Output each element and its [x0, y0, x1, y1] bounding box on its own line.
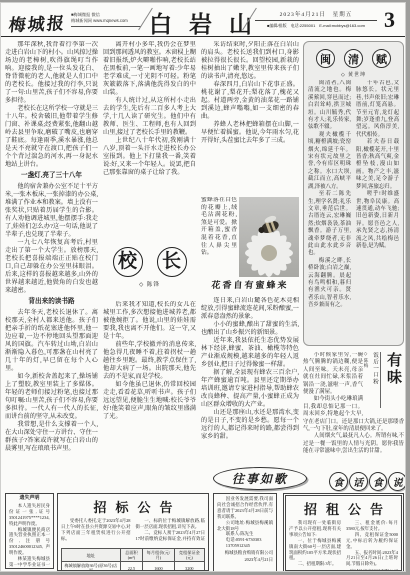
rental-title: 招租公告: [289, 499, 398, 518]
paragraph: 那年深秋,我背着行李第一次走进白岩山下的村小。山风掠过操场边的老樟树,吹得旗绳叮…: [5, 41, 98, 105]
subheading: 一盏灯,亮了三十八年: [5, 172, 98, 180]
column-text: 那年深秋,我背着行李第一次走进白岩山下的村小。山风掠过操场边的老樟树,吹得旗绳叮…: [5, 41, 98, 169]
logo-subline-2: 梅城新闻网 www.mqnews.com: [71, 18, 141, 24]
food-essay-author: ◇ 陈梅: [363, 352, 369, 414]
paragraph: 嗟乎!时维盛世,物阜民康。高速贯通,动车飞驰;旧邑新姿,日新月异。愿吾邑之人,承…: [356, 191, 399, 250]
logo-subtext: ■梅城微报 微信 梅城新闻网 www.mqnews.com: [71, 12, 141, 27]
column-text: 离开村小多年,我仍会在梦里回到那间透风的教室。木窗棂上糊着旧报纸,炉火噼啪作响,…: [103, 41, 196, 235]
ode-title-circles: 闽清赋: [308, 49, 399, 68]
paragraph: 至若二陈先生,理学名贤;礼乐文章,垂范后世。古厝连云,宏琳巍然;炊烟袅袅,茶油飘…: [308, 191, 351, 258]
newspaper-logo: 梅城报: [8, 9, 68, 36]
editor-contact-line: ■编辑/排版 电话:2255001 E-mail:mcbbys@163.com: [253, 23, 379, 29]
food-essay: 有味 饭后一口粉 ◇ 陈梅 小时候家里穷,一碗热气腾腾的锅边糊,便是人间至味。天…: [303, 352, 404, 489]
rental-body: 我司现有一处临街房产予以公开招租,现将有关事项公告如下:一、位于梅城县梅溪镇南大…: [289, 520, 398, 568]
paragraph: 近年来,我县依托生态优势发展林下经济,蜂蜜、茶油、橄榄等特色产业渐成规模,越来越…: [201, 337, 299, 369]
paragraph: 本人遗失居民身份证一张,证号3501241975****1234,特此声明作废。: [9, 503, 50, 527]
paragraph: 据了解,全县现有蜂农三百余户,年产蜂蜜逾百吨。县里还定期举办培训班,邀请专家进村…: [201, 369, 299, 409]
table-header-cell: 地址: [62, 549, 121, 562]
table-cell: 1600: [143, 562, 174, 572]
column-text: 去年冬天,老校长退休了。离校那天,全村人都来送他。孩子们把亲手折的纸花塞进他怀里…: [5, 309, 98, 453]
paragraph: 一九七八年恢复高考后,村里走出了第一个大学生。放榜那天,老校长把喜报端端正正贴在…: [5, 239, 98, 295]
essay-title-principal: 校长 ◇ 陈锋: [103, 235, 196, 301]
rental-announcement-box: 招租公告 我司现有一处临街房产予以公开招租,现将有关事项公告如下:一、位于梅城县…: [283, 493, 404, 572]
bee-on-flower-photo: [239, 197, 299, 277]
paragraph: 若夫春日载阳,橄榄花开,十里皆香;秋高气爽,金橙坠枝,漫山如画。物产之丰,滋味之…: [356, 139, 399, 191]
paragraph: 连日来,白岩山麓各色花木竞相绽放,引得蜜蜂流连花间,采粉酿蜜,一派春意盎然的景象…: [201, 297, 299, 321]
paragraph: 我常想,是什么支撑着一个人,在大山深处守住一方讲台、守住一群孩子?答案或许就写在…: [5, 421, 98, 453]
table-cell: 梅城镇解放路36号(原36号)店面: [62, 562, 121, 572]
paragraph: 受委托人委托,定于2023年4月28日上午9时在县公共资源交易中心,对下列店面三…: [61, 518, 131, 542]
table-header-cell: 每月租价(元/月): [143, 549, 174, 562]
table-header-cell: 总面积(m²): [120, 549, 143, 562]
date-block: 2023年4月21日 星期五 ■编辑/排版 电话:2255001 E-mail:…: [253, 10, 379, 29]
notice-text: 本人遗失居民身份证一张,证号3501241975****1234,特此声明作废。…: [9, 503, 50, 569]
supplement-title: 白岩山: [149, 6, 269, 39]
paragraph: 前些年,学校撤并的消息传来,他急得几夜睡不着,拄着拐杖一趟趟往乡里跑。最终,教学…: [103, 341, 196, 381]
tender-announcement-box: 招标公告 受委托人委托,定于2023年4月28日上午9时在县公共资源交易中心,对…: [57, 493, 209, 571]
title-character: 赋: [372, 49, 391, 68]
column-text: 采访结束时,夕阳正落在白岩山的肩头。老校长送我们到村口,身影被拉得很长很长。回望…: [201, 41, 299, 197]
paragraph: 有人统计过,从这所村小走出去的学生,先后有二百多人考上大学,十几人读了研究生。他…: [103, 97, 196, 137]
paragraph: 五、报名时间:2023年4月21日至4月26日(上班时间,节假日除外)。: [346, 550, 398, 568]
column-text: 后来我才知道,校长的女儿在城里工作,多次想接他进城养老,都被他婉拒了。他说,山里…: [103, 301, 196, 489]
title-character: 清: [344, 49, 363, 68]
food-essay-title: 有味: [383, 352, 404, 414]
table-row: 梅城镇解放路36号(原36号)店面22.516003200: [62, 562, 205, 572]
article-column-1: 那年深秋,我背着行李第一次走进白岩山下的村小。山风掠过操场边的老樟树,吹得旗绳叮…: [5, 41, 98, 489]
ode-text: 闽清者,八闽清流之地也。梅溪萦回,穿邑而过;白岩耸峙,拱卫城垣。山川毓秀,代有才…: [308, 80, 399, 312]
column-stamp-food: 食话食说: [329, 471, 406, 491]
paragraph: 林某遗失梅城县第一中学毕业证书一本,编号20050321,声明作废。: [9, 556, 50, 569]
paragraph: 上世纪八十年代初,我刚满十八岁,顶着一头汗水走进校长办公室报到。他上下打量我一番…: [103, 137, 196, 177]
title-character: 长: [157, 247, 187, 277]
title-character: 校: [113, 247, 143, 277]
paragraph: 一、标的位于梅城镇解放路,临街一层店面,现状招租,详见下表。: [136, 518, 206, 530]
lost-property-notice: 遗失声明 本人遗失居民身份证一张,证号3501241975****1234,特此…: [5, 493, 54, 569]
table-header-cell: 竞租保证金(元): [174, 549, 204, 562]
article-column-3: 采访结束时,夕阳正落在白岩山的肩头。老校长送我们到村口,身影被拉得很长很长。回望…: [201, 41, 299, 489]
table-header-row: 地址总面积(m²)每月租价(元/月)竞租保证金(元): [62, 549, 205, 562]
paragraph: 小小的蜜蜂,酿出了甜蜜的生活,也酿出了山乡振兴的新图景。: [201, 321, 299, 337]
cooperation-notice-box: 因业务发展需要,我司面向社会诚招合作经营伙伴,有意者请于2023年4月28日前与…: [213, 493, 277, 572]
column-stamp-memories: 往事如歌: [213, 467, 307, 490]
date-divider: [255, 20, 377, 21]
paragraph: 因业务发展需要,我司面向社会诚招合作经营伙伴,有意者请于2023年4月28日前与…: [217, 496, 273, 520]
table-cell: 3200: [174, 562, 204, 572]
photo-side-text: 蜜蜂落在白色的花瓣上,绒毛沾满花粉,煞是可爱。掀开箱盖,蜜香混着花香,直往人鼻尖…: [201, 197, 239, 279]
stamp-character: 食: [329, 472, 348, 491]
column-text: 连日来,白岩山麓各色花木竞相绽放,引得蜜蜂流连花间,采粉酿蜜,一派春意盎然的景象…: [201, 297, 299, 489]
food-essay-title-block: 有味 饭后一口粉 ◇ 陈梅: [366, 352, 404, 414]
tender-table: 地址总面积(m²)每月租价(元/月)竞租保证金(元)梅城镇解放路36号(原36号…: [61, 548, 205, 571]
paragraph: 人间烟火气,最抚凡人心。所谓有味,不过是一餐一饭里的人情与光阴。愿你我皆能在寻常…: [303, 433, 404, 455]
rental-signature: 梅城县房产经纪有限公司: [289, 569, 398, 572]
paragraph: 后来我才知道,校长的女儿在城里工作,多次想接他进城养老,都被他婉拒了。他说,山里…: [103, 301, 196, 341]
paragraph: 老校长在这所学校一守就是三十八年。校舍破旧,他带着学生修门窗、补课桌;经费紧张,…: [5, 105, 98, 169]
paragraph: 二、招租期限:3年。: [289, 561, 341, 567]
page-header: 梅城报 ■梅城微报 微信 梅城新闻网 www.mqnews.com 白岩山 20…: [1, 3, 405, 36]
header-rule: [1, 36, 405, 37]
article-column-2: 离开村小多年,我仍会在梦里回到那间透风的教室。木窗棂上糊着旧报纸,炉火噼啪作响,…: [103, 41, 196, 489]
photo-caption: 花香自有蜜蜂来: [201, 281, 299, 289]
paragraph: 如今他虽已退休,仍常回校园走走,看看花草,听听书声。孩子们远远望见,便脆生生地喊…: [103, 381, 196, 421]
page-number: 3: [384, 7, 395, 33]
publication-date: 2023年4月21日 星期五: [253, 10, 379, 18]
stamp-character: 说: [388, 472, 406, 491]
paragraph: 山还是那座山,水还是那湾水,变的是日子,不变的是乡愁。愿每一个远行的人,都记得来…: [201, 409, 299, 441]
tender-body: 受委托人委托,定于2023年4月28日上午9时在县公共资源交易中心,对下列店面三…: [61, 518, 205, 546]
paragraph: 养蜂人老林把蜂箱摆在山脚,一早便忙着摇蜜。他说,今年雨水匀,花开得好,头茬蜜比去…: [201, 121, 299, 145]
table-cell: 22.5: [120, 562, 143, 572]
paragraph: 梅城镇便民商店遗失营业执照正本一份,注册号350124600012345,声明作…: [9, 527, 50, 557]
notice-date: 2023年4月21日: [217, 557, 273, 563]
paragraph: 他的宿舍兼办公室不足十平方米,一张木板床,一张掉漆的办公桌,堆满了作业本和教案。…: [5, 183, 98, 239]
column-text: 他的宿舍兼办公室不足十平方米,一张木板床,一张掉漆的办公桌,堆满了作业本和教案。…: [5, 183, 98, 295]
stamp-character: 话: [349, 472, 368, 491]
principal-title-circles: 校长: [113, 247, 187, 277]
paragraph: 观夫橄榄千顷,糖橙满坡;瓷窑烟火,绵延千年。宋有状元故里之誉,今有库区明珠之称。…: [308, 132, 351, 191]
notice-text: 因业务发展需要,我司面向社会诚招合作经营伙伴,有意者请于2023年4月28日前与…: [217, 496, 273, 549]
paragraph: 采访结束时,夕阳正落在白岩山的肩头。老校长送我们到村口,身影被拉得很长很长。回望…: [201, 41, 299, 81]
tender-title: 招标公告: [61, 497, 205, 516]
paragraph: 春深四月,白岩山下花事正盛。桃花谢了,梨花开;梨花落了,槐花又起。村道两旁,金黄…: [201, 81, 299, 121]
newspaper-page: 梅城报 ■梅城微报 微信 梅城新闻网 www.mqnews.com 白岩山 20…: [0, 2, 406, 572]
title-character: 闽: [316, 49, 335, 68]
subheading: 背出来的读书路: [5, 298, 98, 306]
ode-box: 闽清赋 ◇ 黄世坤 闽清者,八闽清流之地也。梅溪萦回,穿邑而过;白岩耸峙,拱卫城…: [303, 41, 404, 346]
notice-title: 遗失声明: [9, 496, 50, 502]
notice-signature: 梅城县粮食购销有限公司: [217, 550, 273, 556]
paragraph: 千年古邑,文脉悠长。状元里巷,书声依旧;宏琳厝前,灯笼高悬。节至元宵,龙灯起舞;…: [356, 80, 399, 139]
ode-author: ◇ 黄世坤: [308, 71, 399, 78]
paragraph: 闽清者,八闽清流之地也。梅溪萦回,穿邑而过;白岩耸峙,拱卫城垣。山川毓秀,代有才…: [308, 80, 351, 132]
paragraph: 13705912345: [217, 543, 273, 549]
stamp-character: 食: [369, 472, 388, 491]
paragraph: 三、租金底价:每月3580元,按年支付。: [346, 520, 398, 532]
paragraph: 如今,新校舍盖起来了,操场铺上了塑胶,教室里装上了多媒体。年轻的老师们接过粉笔,…: [5, 373, 98, 421]
principal-author: ◇ 陈锋: [139, 281, 160, 289]
food-essay-subtitle: 饭后一口粉: [371, 352, 381, 408]
paragraph: 去年冬天,老校长退休了。离校那天,全村人都来送他。孩子们把亲手折的纸花塞进他怀里…: [5, 309, 98, 373]
paragraph: 离开村小多年,我仍会在梦里回到那间透风的教室。木窗棂上糊着旧报纸,炉火噼啪作响,…: [103, 41, 196, 97]
paragraph: 我司现有一处临街房产予以公开招租,现将有关事项公告如下:: [289, 520, 341, 538]
paragraph: 梅溪之畔,长桥卧波;白岩之巅,云海翻腾。晨起有鸟鸣相和,暮归有渔火可亲。贤者乐山…: [308, 258, 351, 310]
paragraph: 一、位于梅城县梅溪镇南大街60号一层店面,建筑面积约105平方米,现状招租。: [289, 538, 341, 562]
paragraph: 四、竞租保证金5000元,中标后转为履约保证金。: [346, 532, 398, 550]
paragraph: 公司地址:梅城县梅溪镇北大街18号: [217, 520, 273, 532]
photo-feature: 蜜蜂落在白色的花瓣上,绒毛沾满花粉,煞是可爱。掀开箱盖,蜜香混着花香,直往人鼻尖…: [201, 197, 299, 279]
